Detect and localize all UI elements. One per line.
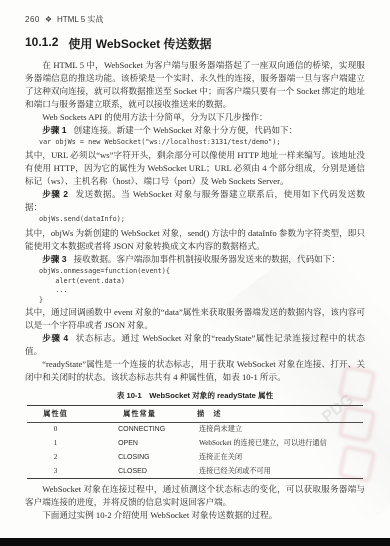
step-4-text: 状态标志。通过 WebSocket 对象的“readyState”属性记录连接过… xyxy=(25,333,365,356)
diamond-icon: ❖ xyxy=(45,16,52,24)
code-create-connection: var objWs = new WebSocket("ws://localhos… xyxy=(39,138,365,148)
code-onmessage: objWs.onmessage=function(event){ alert(e… xyxy=(39,267,365,305)
cell-constant: OPEN xyxy=(84,437,195,451)
paragraph-send-note: 其中，objWs 为新创建的 WebSocket 对象，send() 方法中的 … xyxy=(25,227,365,253)
cell-desc: 连接已经关闭或不可用 xyxy=(195,464,363,478)
col-header-value: 属性值 xyxy=(27,406,84,423)
step-1-label: 步骤 1 xyxy=(42,125,66,135)
cell-value: 0 xyxy=(27,423,84,437)
table-row: 1 OPEN WebSocket 的连接已建立，可以进行通信 xyxy=(27,437,363,451)
code-send-data: objWs.send(dataInfo); xyxy=(39,215,365,225)
section-title: 10.1.2 使用 WebSocket 传送数据 xyxy=(25,35,365,52)
paragraph-detect-note: WebSocket 对象在连接过程中，通过侦测这个状态标志的变化，可以获取服务器… xyxy=(25,483,365,509)
cell-constant: CLOSING xyxy=(84,451,195,465)
step-3-line: 步骤 3接收数据。客户端添加事件机制接收服务器发送来的数据，代码如下： xyxy=(25,253,365,266)
cell-desc: 连接尚未建立 xyxy=(195,423,363,437)
step-2-label: 步骤 2 xyxy=(42,189,68,199)
col-header-desc: 描 述 xyxy=(195,406,363,423)
paragraph-api-note: Web Sockets API 的使用方法十分简单，分为以下几步操作： xyxy=(25,111,365,124)
step-2-line: 步骤 2发送数据。当 WebSocket 对象与服务器建立联系后，使用如下代码发… xyxy=(25,188,365,214)
section-title-text: 使用 WebSocket 传送数据 xyxy=(68,35,211,52)
table-row: 2 CLOSING 连接正在关闭 xyxy=(27,451,363,465)
step-1-text: 创建连接。新建一个 WebSocket 对象十分方便，代码如下： xyxy=(74,125,298,135)
cell-value: 2 xyxy=(27,451,84,465)
col-header-constant: 属性常量 xyxy=(84,406,195,423)
page-header: 260 ❖ HTML 5 实战 xyxy=(25,14,365,25)
step-4-label: 步骤 4 xyxy=(42,333,68,343)
paragraph-intro: 在 HTML 5 中，WebSocket 为客户端与服务器端搭起了一座双向通信的… xyxy=(25,59,365,111)
step-3-label: 步骤 3 xyxy=(42,254,66,264)
section-number: 10.1.2 xyxy=(25,35,58,52)
paragraph-next-note: 下面通过实例 10-2 介绍使用 WebSocket 对象传送数据的过程。 xyxy=(25,509,365,522)
step-4-line: 步骤 4状态标志。通过 WebSocket 对象的“readyState”属性记… xyxy=(25,332,365,358)
paragraph-ready-note: “readyState”属性是一个连接的状态标志，用于获取 WebSocket … xyxy=(25,358,365,384)
cell-constant: CLOSED xyxy=(84,464,195,478)
cell-desc: WebSocket 的连接已建立，可以进行通信 xyxy=(195,437,363,451)
paragraph-url-note: 其中，URL 必须以“ws”字符开头，剩余部分可以像使用 HTTP 地址一样来编… xyxy=(25,149,365,188)
table-caption: 表 10-1 WebSocket 对象的 readyState 属性 xyxy=(25,390,365,401)
table-row: 0 CONNECTING 连接尚未建立 xyxy=(27,423,363,437)
table-header-row: 属性值 属性常量 描 述 xyxy=(27,406,363,423)
table-row: 3 CLOSED 连接已经关闭或不可用 xyxy=(27,464,363,478)
step-3-text: 接收数据。客户端添加事件机制接收服务器发送来的数据，代码如下： xyxy=(74,254,340,264)
book-page: 260 ❖ HTML 5 实战 10.1.2 使用 WebSocket 传送数据… xyxy=(0,0,390,546)
cell-value: 3 xyxy=(27,464,84,478)
cell-constant: CONNECTING xyxy=(84,423,195,437)
cell-value: 1 xyxy=(27,437,84,451)
book-title: HTML 5 实战 xyxy=(57,14,103,25)
readystate-table: 属性值 属性常量 描 述 0 CONNECTING 连接尚未建立 1 OPEN … xyxy=(27,405,363,479)
step-1-line: 步骤 1创建连接。新建一个 WebSocket 对象十分方便，代码如下： xyxy=(25,124,365,137)
cell-desc: 连接正在关闭 xyxy=(195,451,363,465)
scan-edge-strip xyxy=(0,538,390,546)
paragraph-event-note: 其中，通过回调函数中 event 对象的“data”属性来获取服务器端发送的数据… xyxy=(25,306,365,332)
step-2-text: 发送数据。当 WebSocket 对象与服务器建立联系后，使用如下代码发送数据： xyxy=(25,189,365,212)
page-number: 260 xyxy=(25,15,40,24)
